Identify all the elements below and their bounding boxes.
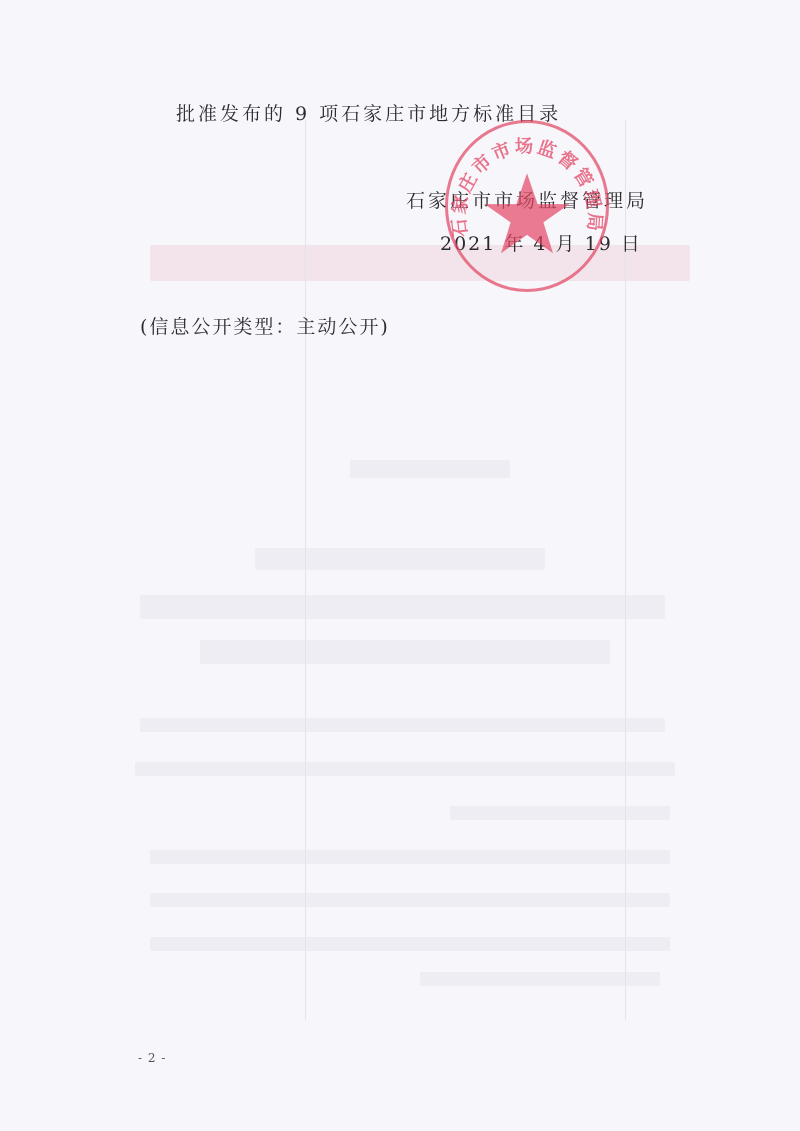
bleed-through-rule bbox=[625, 120, 626, 1020]
bleed-through-para-5 bbox=[150, 893, 670, 907]
bleed-through-para-1 bbox=[140, 718, 665, 732]
seal-ring-text: 石家庄市市场监督管理局 bbox=[448, 135, 605, 238]
issuing-authority: 石家庄市市场监督管理局 bbox=[406, 192, 648, 211]
svg-text:石家庄市市场监督管理局: 石家庄市市场监督管理局 bbox=[448, 135, 605, 238]
bleed-through-para-4 bbox=[150, 850, 670, 864]
bleed-through-para-7 bbox=[420, 972, 660, 986]
document-page: 批准发布的 9 项石家庄市地方标准目录 石家庄市市场监督管理局 2021 年 4… bbox=[0, 0, 800, 1131]
bleed-through-number bbox=[350, 460, 510, 478]
disclosure-type: (信息公开类型：主动公开) bbox=[140, 318, 390, 337]
bleed-through-title-1 bbox=[255, 548, 545, 570]
issue-date: 2021 年 4 月 19 日 bbox=[440, 235, 642, 254]
catalog-title: 批准发布的 9 项石家庄市地方标准目录 bbox=[176, 105, 561, 124]
bleed-through-title-3 bbox=[200, 640, 610, 664]
bleed-through-para-2 bbox=[135, 762, 675, 776]
bleed-through-rule bbox=[305, 120, 306, 1020]
bleed-through-para-6 bbox=[150, 937, 670, 951]
bleed-through-para-3 bbox=[450, 806, 670, 820]
page-number: - 2 - bbox=[138, 1052, 166, 1064]
bleed-through-title-2 bbox=[140, 595, 665, 619]
